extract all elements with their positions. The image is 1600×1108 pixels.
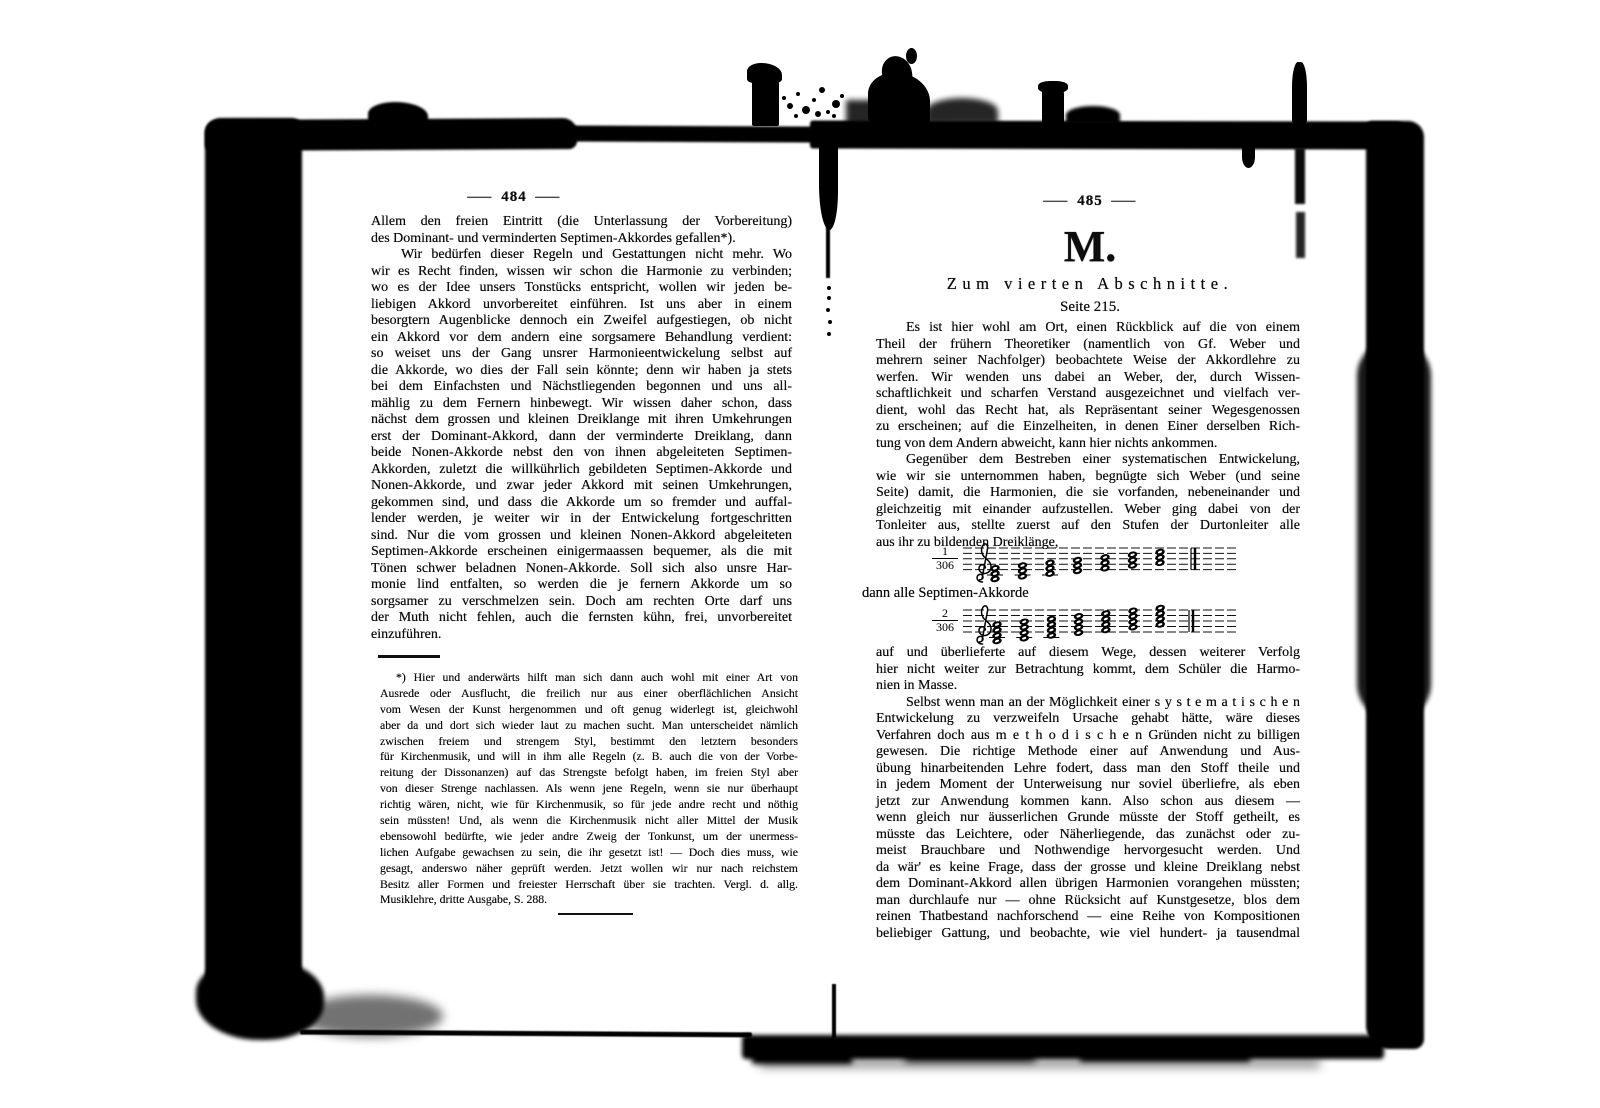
text-line: monie lind entfalten, so werden die je f…	[371, 577, 792, 594]
text-line: dem Dominant-Akkord allen übrigen Harmon…	[876, 876, 1300, 893]
text-line: wir es Recht finden, wissen wir schon di…	[371, 264, 792, 281]
header-dash: —	[1043, 193, 1069, 210]
right-page-number: 485	[1077, 193, 1103, 210]
text-line: jetzt zur Anwendung kommen kann. Also sc…	[876, 794, 1300, 811]
text-line: müsste das Leichtere, oder Näherliegende…	[876, 827, 1300, 844]
text-line: mehrern seiner Nachfolger) beobachtete W…	[876, 353, 1300, 370]
text-line: beide Nonen-Akkorde nebst den von ihnen …	[371, 445, 792, 462]
example-number: 1	[942, 544, 948, 558]
ink-blob	[760, 1058, 1320, 1068]
text-line: auf und überlieferte auf diesem Wege, de…	[876, 645, 1300, 662]
ink-blob	[832, 984, 836, 1038]
text-line: richtig wären, nicht, wie für Kirchenmus…	[380, 797, 798, 813]
text-line: Selbst wenn man an der Möglichkeit einer…	[876, 695, 1300, 712]
text-line: so weiset uns der Gang unsrer Harmonieen…	[371, 346, 792, 363]
left-footnote-column: *) Hier und anderwärts hilft man sich da…	[380, 670, 798, 908]
text-line: die Akkorde, wo dies der Fall sein könnt…	[371, 363, 792, 380]
text-line: sorgsamer zu verschmelzen sein. Doch am …	[371, 594, 792, 611]
ink-blob	[368, 102, 428, 128]
right-body-column-2: auf und überlieferte auf diesem Wege, de…	[876, 645, 1300, 942]
text-line: schaftlichkeit und scharfen Verstand aus…	[876, 386, 1300, 403]
text-line: des Dominant- und verminderten Septimen-…	[371, 231, 792, 248]
text-line: werfen. Wir wenden uns dabei an Weber, d…	[876, 370, 1300, 387]
text-line: nien in Masse.	[876, 678, 1300, 695]
ink-blob	[1357, 340, 1431, 720]
text-line: nächst dem grossen und kleinen Dreiklang…	[371, 412, 792, 429]
text-line: Allem den freien Eintritt (die Unterlass…	[371, 214, 792, 231]
ink-speckles	[782, 96, 786, 100]
text-line: Nonen-Akkorde, und zwar jeder Akkord mit…	[371, 478, 792, 495]
text-line: für Kirchenmusik, und will in ihm alle R…	[380, 749, 798, 765]
example-plate-number: 306	[936, 620, 954, 634]
ink-blob	[1292, 62, 1307, 124]
text-line: Tonleiter aus, stellte zuerst auf den St…	[876, 518, 1300, 535]
footnote-separator	[378, 655, 440, 658]
text-line: gleichzeitig mit einander aufzustellen. …	[876, 502, 1300, 519]
text-line: ein Akkord vor dem andern eine sorgsamer…	[371, 330, 792, 347]
ink-blob	[819, 146, 838, 230]
ink-blob	[1242, 146, 1255, 168]
ink-blob	[747, 63, 782, 83]
section-title: Zum vierten Abschnitte.	[930, 274, 1250, 294]
text-line: besorgtern Augenblicke dennoch ein Zweif…	[371, 313, 792, 330]
text-line: dient, wohl das Recht hat, als Repräsent…	[876, 403, 1300, 420]
text-line: reitung der Dissonanzen) auf das Strengs…	[380, 765, 798, 781]
text-line: Besitz aller Formen und freiester Herrsc…	[380, 877, 798, 893]
text-line: tung von dem Andern abweicht, kann hier …	[876, 436, 1300, 453]
text-line: hier nicht weiter zur Betrachtung kommt,…	[876, 662, 1300, 679]
text-line: sein müssten! Und, als wenn die Kirchenm…	[380, 813, 798, 829]
example-number: 2	[942, 606, 948, 620]
header-dash: —	[467, 189, 493, 206]
text-line: ebensowohl bedürfte, wie jeder andre Zwe…	[380, 829, 798, 845]
section-letter: M.	[1020, 221, 1160, 272]
treble-clef-icon	[977, 606, 991, 644]
text-line: Septimen-Akkorde erscheinen einigermaass…	[371, 544, 792, 561]
text-line: da wär' es keine Frage, dass der grosse …	[876, 860, 1300, 877]
text-line: der Muth nicht fehlen, auch die fernsten…	[371, 610, 792, 627]
left-body-column: Allem den freien Eintritt (die Unterlass…	[371, 214, 792, 643]
text-line: von dieser Strenge nachlassen. Als wenn …	[380, 781, 798, 797]
ink-blob	[906, 48, 917, 64]
text-line: lichen Aufgabe gewachsen zu sein, die ih…	[380, 845, 798, 861]
text-line: gekommen sind, und dass die Akkorde um s…	[371, 495, 792, 512]
ink-blob	[558, 125, 820, 142]
text-line: aber da und dort sich wieder laut zu mac…	[380, 718, 798, 734]
text-line: lender werden, je weiter wir in der Entw…	[371, 511, 792, 528]
music-example-1: 1306	[900, 540, 1245, 588]
text-line: zwischen freiem und strengem Styl, besti…	[380, 734, 798, 750]
right-page-header: — 485 —	[1016, 193, 1164, 210]
ink-blob	[826, 226, 830, 278]
text-line: mählig zu dem Fernern hinbewegt. Wir wis…	[371, 396, 792, 413]
text-line: Theil der frühern Theoretiker (namentlic…	[876, 337, 1300, 354]
text-line: übung hinarbeitenden Lehre fodert, dass …	[876, 761, 1300, 778]
text-line: zu erscheinen; auf die Einzelheiten, in …	[876, 419, 1300, 436]
text-line: sind. Nur die vom grossen und kleinen No…	[371, 528, 792, 545]
text-line: Es ist hier wohl am Ort, einen Rückblick…	[876, 320, 1300, 337]
text-line: wenn gleich nur äusserlichen Grunde müss…	[876, 810, 1300, 827]
text-line: Seite) damit, die Harmonien, die sie vor…	[876, 485, 1300, 502]
end-rule	[558, 913, 633, 915]
left-page-number: 484	[501, 189, 527, 206]
ink-blob	[1296, 212, 1305, 258]
text-line: Tönen schwer beladnen Nonen-Akkorde. Sol…	[371, 561, 792, 578]
music-staff-svg: 2306	[900, 600, 1245, 650]
music-staff-svg: 1306	[900, 540, 1245, 588]
text-line: Entwickelung zu verzweifeln Ursache geha…	[876, 711, 1300, 728]
text-line: Wir bedürfen dieser Regeln und Gestattun…	[371, 247, 792, 264]
text-line: wie wir sie unternommen haben, begnügte …	[876, 469, 1300, 486]
ink-blob	[1295, 148, 1305, 204]
text-line: Ausrede oder Ausflucht, die freilich nur…	[380, 686, 798, 702]
text-line: gesagt, anderswo näher geprüft werden. J…	[380, 861, 798, 877]
section-reference: Seite 215.	[1020, 299, 1160, 316]
ink-blob	[810, 120, 1412, 149]
text-line: wo es der Idee unsers Tonstücks entspric…	[371, 280, 792, 297]
text-line: erst der Dominant-Akkord, dann der vermi…	[371, 429, 792, 446]
text-line: vom Wesen der Kunst hergenommen und oft …	[380, 702, 798, 718]
book-scan: — 484 — Allem den freien Eintritt (die U…	[0, 0, 1600, 1108]
header-dash: —	[1111, 193, 1137, 210]
text-line: Gegenüber dem Bestreben einer systematis…	[876, 452, 1300, 469]
text-line: in jedem Moment der Unterweisung nur sov…	[876, 777, 1300, 794]
text-line: Akkorden, zuletzt die willkührlich gebil…	[371, 462, 792, 479]
music-example-2: 2306	[900, 600, 1245, 650]
text-line: Musiklehre, dritte Ausgabe, S. 288.	[380, 892, 798, 908]
treble-clef-icon	[977, 544, 991, 582]
left-page-header: — 484 —	[440, 189, 588, 206]
text-line: gewesen. Die richtige Methode einer auf …	[876, 744, 1300, 761]
text-line: bei dem Einfachsten und Nächstliegenden …	[371, 379, 792, 396]
header-dash: —	[535, 189, 561, 206]
text-line: Verfahren doch aus m e t h o d i s c h e…	[876, 728, 1300, 745]
ink-blob	[1038, 81, 1068, 93]
text-line: meist Brauchbare und Nothwendige hervorg…	[876, 843, 1300, 860]
text-line: man durchlaufe nur — ohne Rücksicht auf …	[876, 893, 1300, 910]
text-line: reinen Thatbestand nachforschend — eine …	[876, 909, 1300, 926]
text-line: *) Hier und anderwärts hilft man sich da…	[380, 670, 798, 686]
right-body-column-1: Es ist hier wohl am Ort, einen Rückblick…	[876, 320, 1300, 551]
ink-blob	[196, 960, 324, 1040]
ink-speckles	[827, 286, 831, 290]
ink-blob	[205, 118, 302, 1020]
text-line: liebigen Akkord unvorbereitet einführen.…	[371, 297, 792, 314]
example-plate-number: 306	[936, 558, 954, 572]
text-line: beliebiger Gattung, und beobachte, wie v…	[876, 926, 1300, 943]
text-line: einzuführen.	[371, 627, 792, 644]
